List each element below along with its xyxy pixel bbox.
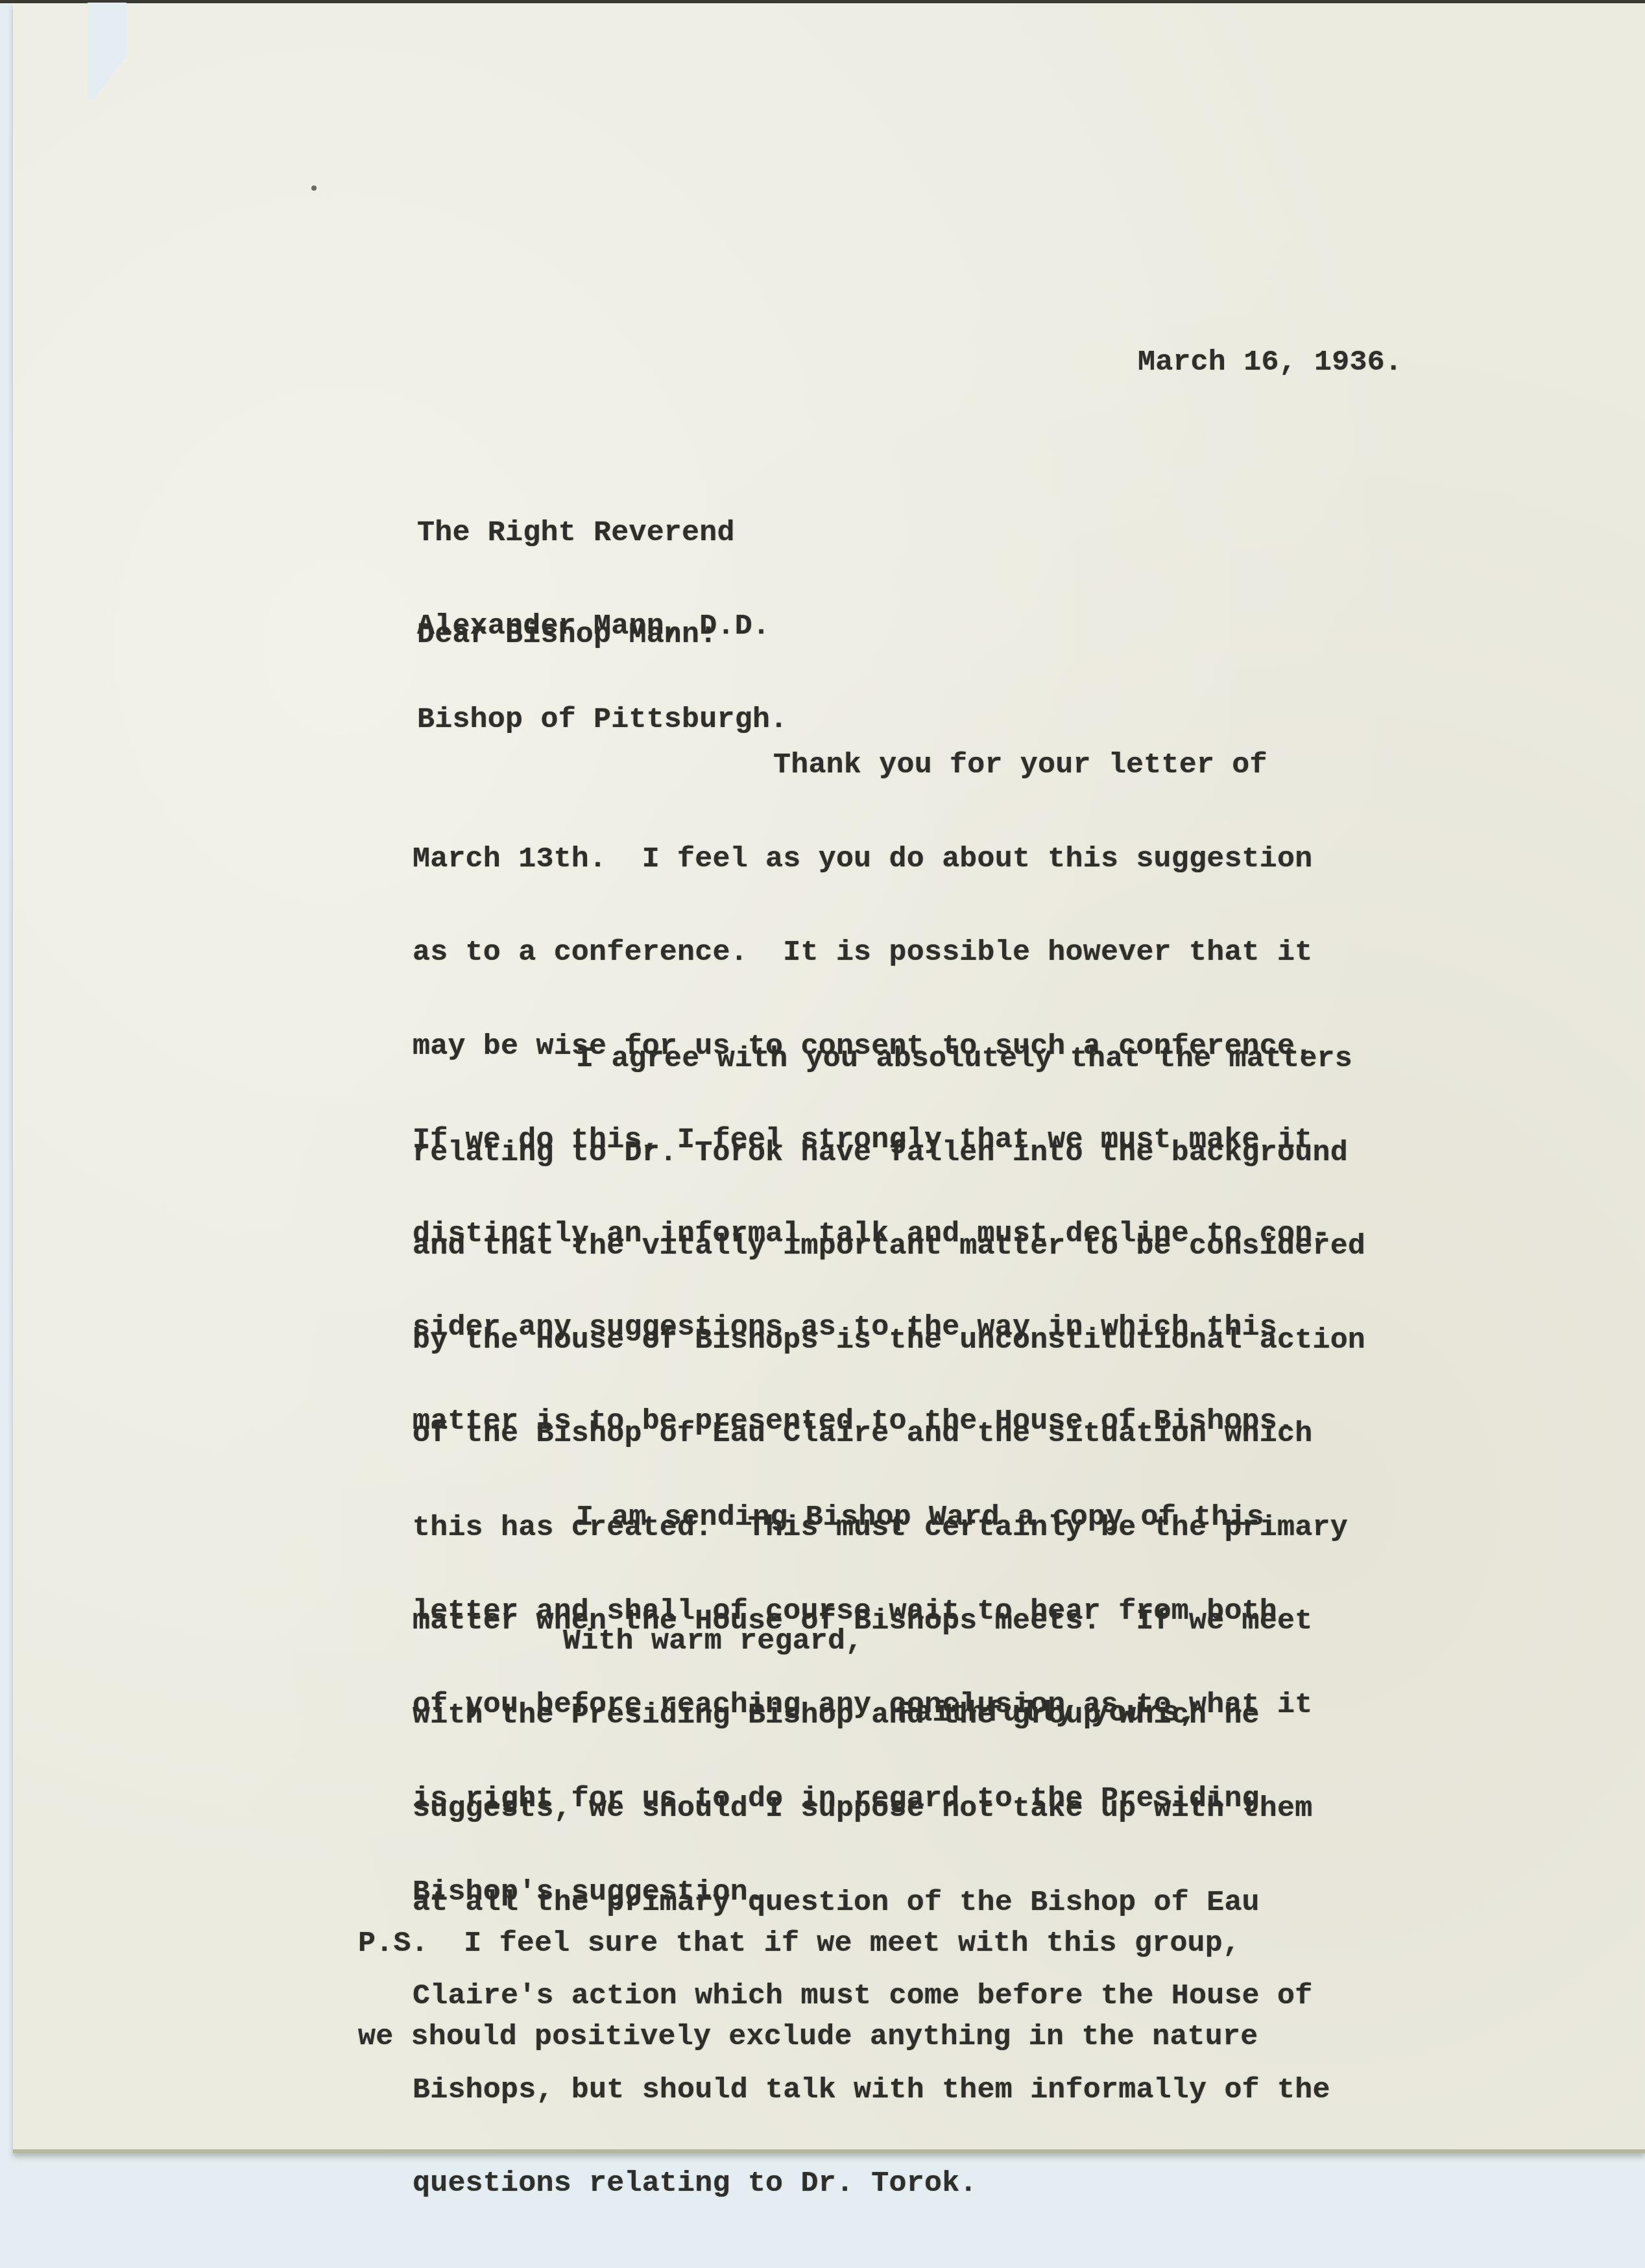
paragraph-line: March 13th. I feel as you do about this … bbox=[413, 844, 1330, 876]
scan-top-edge bbox=[0, 0, 1645, 3]
postscript-line: we should positively exclude anything in… bbox=[358, 2022, 1258, 2053]
paragraph-line: relating to Dr. Torok have fallen into t… bbox=[413, 1138, 1365, 1169]
paragraph-3: I am sending Bishop Ward a copy of this … bbox=[413, 1440, 1312, 1940]
paragraph-line: Thank you for your letter of bbox=[413, 750, 1330, 782]
paragraph-line: letter and shall of course wait to hear … bbox=[413, 1596, 1312, 1628]
paragraph-line: is right for us to do in regard to the P… bbox=[413, 1784, 1312, 1815]
paragraph-line: by the House of Bishops is the unconstit… bbox=[413, 1325, 1365, 1357]
paragraph-line: I am sending Bishop Ward a copy of this bbox=[413, 1502, 1312, 1534]
staple-hole bbox=[311, 185, 317, 191]
salutation: Dear Bishop Mann: bbox=[417, 619, 717, 651]
letter-date: March 16, 1936. bbox=[1138, 347, 1402, 378]
postscript: P.S. I feel sure that if we meet with th… bbox=[358, 1866, 1258, 2084]
paragraph-line: questions relating to Dr. Torok. bbox=[413, 2168, 1365, 2200]
postscript-line: P.S. I feel sure that if we meet with th… bbox=[358, 1928, 1258, 1959]
paragraph-line: and that the vitally important matter to… bbox=[413, 1231, 1365, 1263]
signoff: Faithfully yours, bbox=[897, 1698, 1197, 1729]
closing: With warm regard, bbox=[563, 1626, 863, 1657]
paragraph-line: as to a conference. It is possible howev… bbox=[413, 937, 1330, 969]
recipient-line: The Right Reverend bbox=[417, 518, 787, 549]
paragraph-line: I agree with you absolutely that the mat… bbox=[413, 1044, 1365, 1075]
